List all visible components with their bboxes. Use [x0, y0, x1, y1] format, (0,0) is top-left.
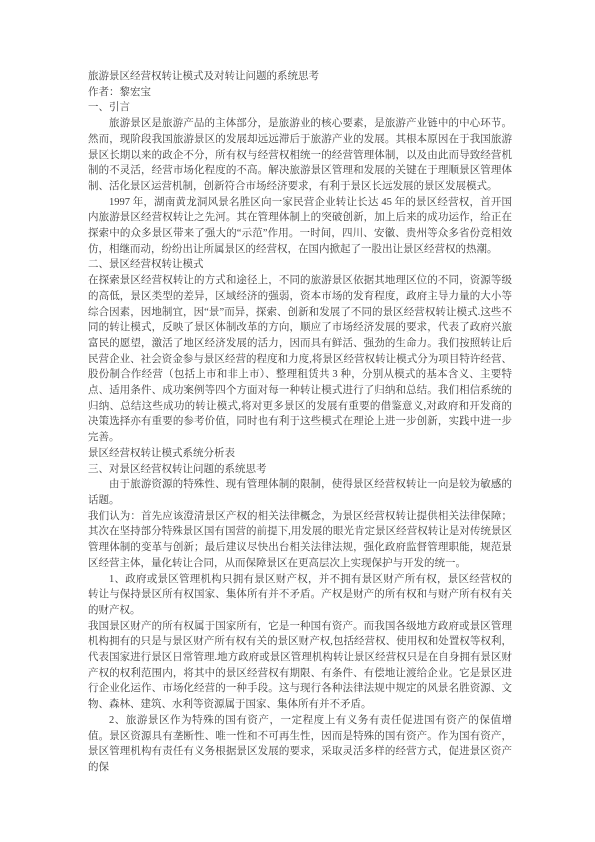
document-content: 旅游景区经营权转让模式及对转让问题的系统思考 作者：黎宏宝 一、引言 旅游景区是…: [88, 69, 512, 776]
paragraph-point-1: 1、政府或景区管理机构只拥有景区财产权，并不拥有景区财产所有权，景区经营权的转让…: [88, 572, 512, 619]
document-page: 旅游景区经营权转让模式及对转让问题的系统思考 作者：黎宏宝 一、引言 旅游景区是…: [0, 0, 595, 842]
paragraph-property-rights: 我国景区财产的所有权属于国家所有，它是一种国有资产。而我国各级地方政府或景区管理…: [88, 619, 512, 713]
paragraph-intro-2: 1997 年，湖南黄龙洞风景名胜区向一家民营企业转让长达 45 年的景区经营权，…: [88, 195, 512, 258]
document-title: 旅游景区经营权转让模式及对转让问题的系统思考: [88, 69, 512, 85]
paragraph-sensitive-topic: 由于旅游资源的特殊性、现有管理体制的限制，使得景区经营权转让一向是较为敏感的话题…: [88, 477, 512, 508]
section-heading-transfer-models: 二、景区经营权转让模式: [88, 257, 512, 273]
table-caption-line: 景区经营权转让模式系统分析表: [88, 446, 512, 462]
paragraph-intro-1: 旅游景区是旅游产品的主体部分，是旅游业的核心要素，是旅游产业链中的中心环节。然而…: [88, 116, 512, 195]
paragraph-point-2: 2、旅游景区作为特殊的国有资产，一定程度上有义务有责任促进国有资产的保值增值。景…: [88, 713, 512, 776]
author-line: 作者：黎宏宝: [88, 85, 512, 101]
section-heading-systematic-thinking: 三、对景区经营权转让问题的系统思考: [88, 462, 512, 478]
paragraph-our-view: 我们认为：首先应该澄清景区产权的相关法律概念，为景区经营权转让提供相关法律保障；…: [88, 509, 512, 572]
section-heading-introduction: 一、引言: [88, 100, 512, 116]
paragraph-transfer-models: 在探索景区经营权转让的方式和途径上，不同的旅游景区依据其地理区位的不同，资源等级…: [88, 273, 512, 446]
